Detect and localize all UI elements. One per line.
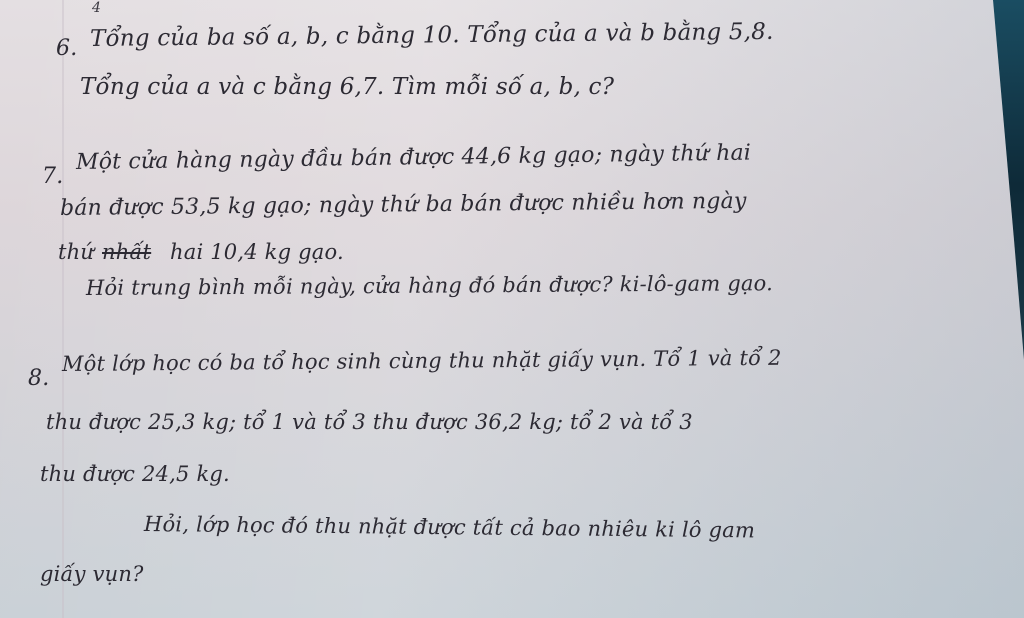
problem-7-crossed-word: nhất [102,240,151,264]
problem-7-question: Hỏi trung bình mỗi ngày, cửa hàng đó bán… [86,271,773,300]
problem-7-number: 7. [42,164,63,189]
notebook-page: 4 6. Tổng của ba số a, b, c bằng 10. Tổn… [0,0,1024,618]
problem-7-line-1: Một cửa hàng ngày đầu bán được 44,6 kg g… [76,141,751,175]
problem-8-line-2: thu được 25,3 kg; tổ 1 và tổ 3 thu được … [46,410,693,434]
problem-7-line-3-start: thứ [58,240,94,264]
margin-line [62,0,64,618]
problem-6-line-1: Tổng của ba số a, b, c bằng 10. Tổng của… [90,19,774,52]
problem-6-line-2: Tổng của a và c bằng 6,7. Tìm mỗi số a, … [80,74,614,100]
problem-8-line-1: Một lớp học có ba tổ học sinh cùng thu n… [62,346,782,376]
problem-8-question: Hỏi, lớp học đó thu nhặt được tất cả bao… [144,512,755,542]
problem-7-line-3-end: hai 10,4 kg gạo. [170,240,344,264]
problem-8-line-3: thu được 24,5 kg. [40,462,230,486]
problem-8-number: 8. [28,366,49,391]
problem-6-number: 6. [56,36,77,61]
problem-7-line-2: bán được 53,5 kg gạo; ngày thứ ba bán đư… [60,189,747,221]
page-number: 4 [92,0,101,16]
problem-8-question-end: giấy vụn? [40,562,144,586]
